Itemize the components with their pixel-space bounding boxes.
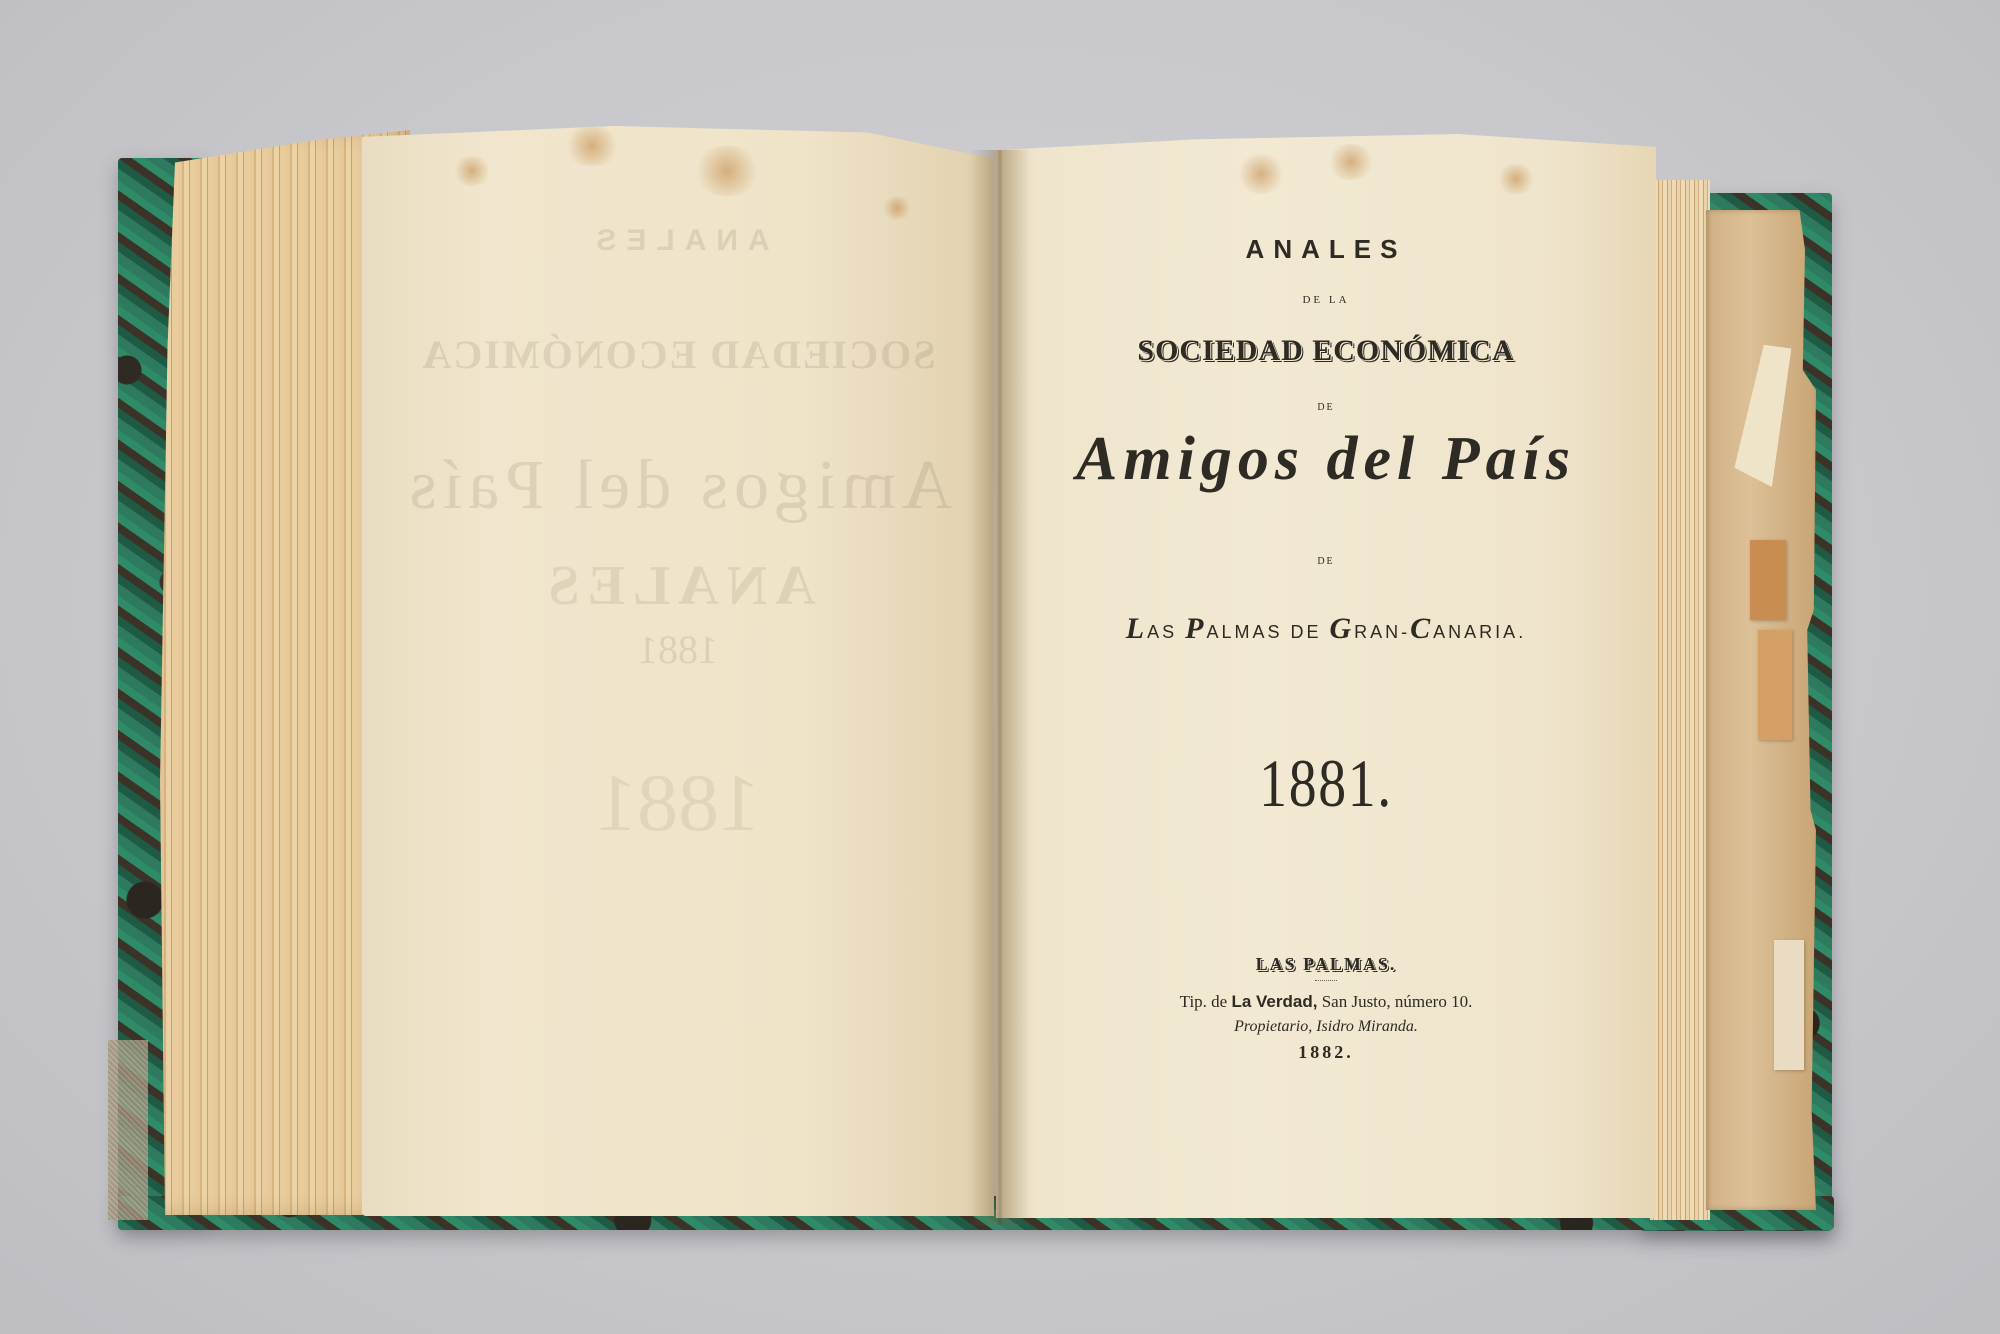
printer-address: San Justo, número 10. [1317, 992, 1472, 1011]
show-through-amigos: Amigos del País [362, 446, 994, 526]
show-through-year-large: 1881 [362, 756, 994, 850]
imprint-city: LAS PALMAS. [996, 954, 1656, 975]
place-part: RAN- [1354, 622, 1410, 642]
foxing-stain [1326, 144, 1376, 180]
title-de-1: DE [996, 402, 1656, 413]
imprint-dotted-rule [1315, 980, 1337, 981]
right-page-block-edge [1650, 180, 1710, 1220]
foxing-stain [1236, 154, 1286, 194]
frayed-spine-cloth [108, 1040, 148, 1220]
show-through-text: ANALES SOCIEDAD ECONÓMICA Amigos del Paí… [362, 126, 994, 1216]
show-through-anales: ANALES [362, 224, 994, 258]
place-initial-cap: P [1185, 612, 1206, 645]
title-year: 1881. [1055, 744, 1596, 823]
printer-name: La Verdad, [1231, 992, 1317, 1011]
torn-paper-tab [1750, 540, 1786, 620]
title-amigos-del-pais: Amigos del País [996, 424, 1656, 495]
title-sociedad-economica: SOCIEDAD ECONÓMICA [996, 334, 1656, 368]
place-initial-cap: G [1329, 612, 1354, 645]
photo-scene: ANALES SOCIEDAD ECONÓMICA Amigos del Paí… [0, 0, 2000, 1334]
show-through-year-small: 1881 [362, 626, 994, 673]
torn-paper-tab [1758, 630, 1792, 740]
imprint-year: 1882. [996, 1042, 1656, 1063]
title-page: ANALES DE LA SOCIEDAD ECONÓMICA DE Amigo… [996, 134, 1656, 1218]
foxing-stain [1496, 164, 1536, 194]
title-las-palmas-de-gran-canaria: LAS PALMAS DE GRAN-CANARIA. [996, 612, 1656, 646]
place-initial-cap: C [1410, 612, 1433, 645]
place-initial-cap: L [1126, 612, 1147, 645]
title-de-2: DE [996, 556, 1656, 567]
place-part: AS [1147, 622, 1185, 642]
torn-paper-tab [1774, 940, 1804, 1070]
place-part: ANARIA. [1433, 622, 1526, 642]
place-part: ALMAS DE [1206, 622, 1329, 642]
title-de-la: DE LA [996, 294, 1656, 306]
title-anales: ANALES [996, 234, 1656, 265]
show-through-sociedad: SOCIEDAD ECONÓMICA [362, 331, 994, 378]
show-through-anales-bold: ANALES [362, 554, 994, 618]
imprint-printer-line: Tip. de La Verdad, San Justo, número 10. [996, 992, 1656, 1012]
printer-prefix: Tip. de [1180, 992, 1232, 1011]
imprint-owner: Propietario, Isidro Miranda. [996, 1018, 1656, 1036]
left-page-verso: ANALES SOCIEDAD ECONÓMICA Amigos del Paí… [362, 126, 994, 1216]
